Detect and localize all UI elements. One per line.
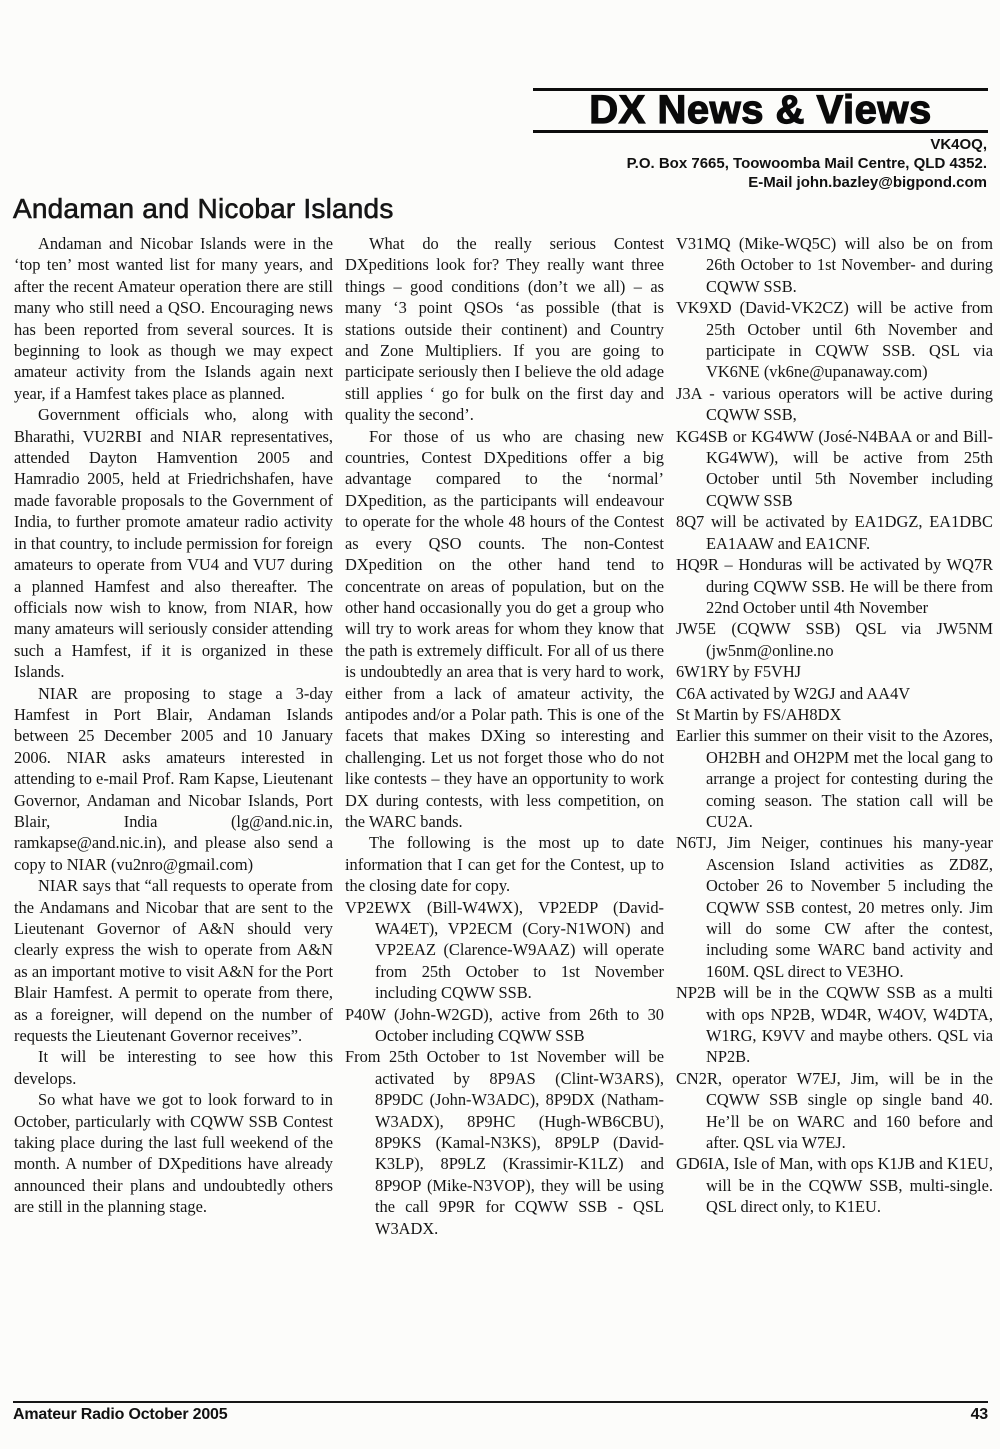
paragraph: The following is the most up to date inf…: [345, 832, 664, 896]
dx-list-item: J3A - various operators will be active d…: [676, 383, 993, 426]
dx-list-item: 8Q7 will be activated by EA1DGZ, EA1DBC …: [676, 511, 993, 554]
column-1: Andaman and Nicobar Islands were in the …: [14, 233, 333, 1218]
dx-list-item: NP2B will be in the CQWW SSB as a multi …: [676, 982, 993, 1068]
footer-page-number: 43: [971, 1406, 988, 1424]
paragraph: It will be interesting to see how this d…: [14, 1046, 333, 1089]
paragraph: Andaman and Nicobar Islands were in the …: [14, 233, 333, 404]
dx-list-item: HQ9R – Honduras will be activated by WQ7…: [676, 554, 993, 618]
contact-block: VK4OQ, P.O. Box 7665, Toowoomba Mail Cen…: [627, 135, 987, 192]
masthead: DX News & Views: [533, 88, 988, 133]
dx-list-item: VP2EWX (Bill-W4WX), VP2EDP (David-WA4ET)…: [345, 897, 664, 1004]
page-footer: Amateur Radio October 2005 43: [13, 1401, 988, 1424]
paragraph: What do the really serious Contest DXped…: [345, 233, 664, 426]
dx-list-item: N6TJ, Jim Neiger, continues his many-yea…: [676, 832, 993, 982]
magazine-page: DX News & Views VK4OQ, P.O. Box 7665, To…: [0, 0, 1000, 1449]
dx-list-item: CN2R, operator W7EJ, Jim, will be in the…: [676, 1068, 993, 1154]
dx-list-item: JW5E (CQWW SSB) QSL via JW5NM (jw5nm@onl…: [676, 618, 993, 661]
paragraph: NIAR says that “all requests to operate …: [14, 875, 333, 1046]
dx-list-item: St Martin by FS/AH8DX: [676, 704, 993, 725]
masthead-title: DX News & Views: [535, 92, 986, 128]
dx-list-item: KG4SB or KG4WW (José-N4BAA or and Bill-K…: [676, 426, 993, 512]
dx-list-item: From 25th October to 1st November will b…: [345, 1046, 664, 1239]
paragraph: Government officials who, along with Bha…: [14, 404, 333, 682]
column-2-dx-list: VP2EWX (Bill-W4WX), VP2EDP (David-WA4ET)…: [345, 897, 664, 1240]
contact-callsign: VK4OQ,: [627, 135, 987, 154]
article-title: Andaman and Nicobar Islands: [13, 193, 394, 225]
dx-list-item: Earlier this summer on their visit to th…: [676, 725, 993, 832]
dx-list-item: GD6IA, Isle of Man, with ops K1JB and K1…: [676, 1153, 993, 1217]
dx-list-item: P40W (John-W2GD), active from 26th to 30…: [345, 1004, 664, 1047]
dx-list-item: VK9XD (David-VK2CZ) will be active from …: [676, 297, 993, 383]
paragraph: So what have we got to look forward to i…: [14, 1089, 333, 1217]
column-2-paragraphs: What do the really serious Contest DXped…: [345, 233, 664, 897]
paragraph: NIAR are proposing to stage a 3-day Hamf…: [14, 683, 333, 876]
footer-journal-title: Amateur Radio October 2005: [13, 1406, 227, 1424]
contact-address: P.O. Box 7665, Toowoomba Mail Centre, QL…: [627, 154, 987, 173]
contact-email: E-Mail john.bazley@bigpond.com: [627, 173, 987, 192]
dx-list-item: C6A activated by W2GJ and AA4V: [676, 683, 993, 704]
dx-list-item: 6W1RY by F5VHJ: [676, 661, 993, 682]
column-2: What do the really serious Contest DXped…: [345, 233, 664, 1239]
dx-list-item: V31MQ (Mike-WQ5C) will also be on from 2…: [676, 233, 993, 297]
column-3: V31MQ (Mike-WQ5C) will also be on from 2…: [676, 233, 993, 1218]
paragraph: For those of us who are chasing new coun…: [345, 426, 664, 833]
